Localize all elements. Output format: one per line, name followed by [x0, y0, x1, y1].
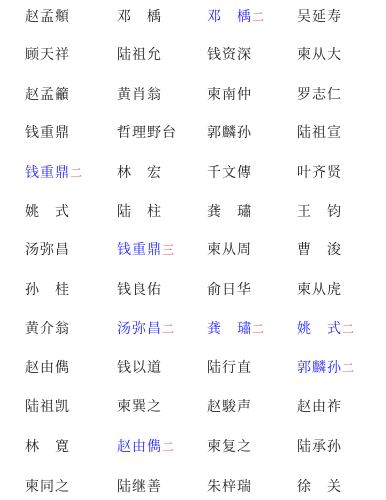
name-cell: 钱以道: [117, 356, 162, 380]
name-cell: 邓 楀: [117, 5, 162, 29]
name-cell: 赵孟頫: [25, 5, 70, 29]
name-cell: 钱资深: [207, 43, 252, 67]
name-cell: 钱良佑: [117, 278, 162, 302]
table-row: 赵孟頫 邓 楀 邓 楀二 吴延寿: [0, 5, 386, 29]
name-text: 曹 浚: [297, 242, 342, 258]
table-row: 钱重鼎 哲理野台 郭麟孙 陆祖宣: [0, 121, 386, 145]
name-cell: 柬从虎: [297, 278, 342, 302]
name-text: 龚 璛: [207, 321, 252, 337]
name-text: 陆继善: [117, 479, 162, 495]
name-cell-duplicate: 汤弥昌二: [117, 317, 174, 341]
name-cell: 王 钧: [297, 200, 342, 224]
name-cell: 罗志仁: [297, 83, 342, 107]
name-text: 赵由儁: [117, 439, 162, 455]
name-text: 邓 楀: [207, 9, 252, 25]
name-cell: 柬复之: [207, 435, 252, 459]
name-cell: 叶齐贤: [297, 161, 342, 185]
name-cell: 柬同之: [25, 475, 70, 499]
repeat-mark: 二: [252, 322, 264, 336]
name-cell: 陆祖凯: [25, 395, 70, 419]
name-cell: 钱重鼎: [25, 121, 70, 145]
name-text: 姚 式: [25, 204, 70, 220]
name-cell: 黄肖翁: [117, 83, 162, 107]
name-text: 陆祖凯: [25, 399, 70, 415]
name-text: 顾天祥: [25, 47, 70, 63]
name-text: 徐 关: [297, 479, 342, 495]
name-text: 柬复之: [207, 439, 252, 455]
name-text: 赵孟頫: [25, 9, 70, 25]
name-text: 钱资深: [207, 47, 252, 63]
name-text: 钱以道: [117, 360, 162, 376]
name-text: 柬从周: [207, 242, 252, 258]
repeat-mark: 二: [162, 322, 174, 336]
name-cell: 哲理野台: [117, 121, 177, 145]
name-cell: 林 宏: [117, 161, 162, 185]
name-text: 赵孟籲: [25, 87, 70, 103]
name-cell-duplicate: 龚 璛二: [207, 317, 264, 341]
table-row: 陆祖凯 柬巽之 赵駿声 赵由祚: [0, 395, 386, 419]
name-cell: 林 寛: [25, 435, 70, 459]
table-row: 汤弥昌 钱重鼎三 柬从周 曹 浚: [0, 238, 386, 262]
name-text: 姚 式: [297, 321, 342, 337]
name-text: 柬从大: [297, 47, 342, 63]
table-row: 赵孟籲 黄肖翁 柬南仲 罗志仁: [0, 83, 386, 107]
name-cell: 朱梓瑞: [207, 475, 252, 499]
name-cell: 龚 璛: [207, 200, 252, 224]
name-text: 钱重鼎: [117, 242, 162, 258]
repeat-mark: 二: [252, 10, 264, 24]
repeat-mark: 二: [162, 440, 174, 454]
name-cell: 赵由儁: [25, 356, 70, 380]
name-text: 柬巽之: [117, 399, 162, 415]
name-text: 赵駿声: [207, 399, 252, 415]
name-text: 钱良佑: [117, 282, 162, 298]
name-cell: 俞日华: [207, 278, 252, 302]
name-text: 汤弥昌: [25, 242, 70, 258]
name-cell-duplicate: 邓 楀二: [207, 5, 264, 29]
name-text: 哲理野台: [117, 125, 177, 141]
name-text: 黄介翁: [25, 321, 70, 337]
name-text: 林 宏: [117, 165, 162, 181]
table-row: 孙 桂 钱良佑 俞日华 柬从虎: [0, 278, 386, 302]
name-cell: 赵駿声: [207, 395, 252, 419]
name-cell: 汤弥昌: [25, 238, 70, 262]
repeat-mark: 二: [342, 322, 354, 336]
name-cell: 孙 桂: [25, 278, 70, 302]
name-text: 钱重鼎: [25, 165, 70, 181]
name-text: 汤弥昌: [117, 321, 162, 337]
name-text: 陆祖宣: [297, 125, 342, 141]
name-text: 邓 楀: [117, 9, 162, 25]
name-cell-duplicate: 钱重鼎二: [25, 161, 82, 185]
name-text: 千文傳: [207, 165, 252, 181]
name-cell: 陆行直: [207, 356, 252, 380]
name-text: 郭麟孙: [207, 125, 252, 141]
name-text: 陆 柱: [117, 204, 162, 220]
table-row: 姚 式 陆 柱 龚 璛 王 钧: [0, 200, 386, 224]
name-text: 林 寛: [25, 439, 70, 455]
name-text: 柬同之: [25, 479, 70, 495]
name-cell: 黄介翁: [25, 317, 70, 341]
name-text: 黄肖翁: [117, 87, 162, 103]
name-text: 柬从虎: [297, 282, 342, 298]
name-text: 朱梓瑞: [207, 479, 252, 495]
name-cell: 赵孟籲: [25, 83, 70, 107]
name-cell: 千文傳: [207, 161, 252, 185]
name-cell: 吴延寿: [297, 5, 342, 29]
name-cell: 柬从大: [297, 43, 342, 67]
table-row: 顾天祥 陆祖允 钱资深 柬从大: [0, 43, 386, 67]
name-text: 叶齐贤: [297, 165, 342, 181]
table-row: 林 寛 赵由儁二 柬复之 陆承孙: [0, 435, 386, 459]
table-row: 黄介翁 汤弥昌二 龚 璛二 姚 式二: [0, 317, 386, 341]
name-text: 钱重鼎: [25, 125, 70, 141]
name-cell-duplicate: 钱重鼎三: [117, 238, 174, 262]
name-text: 王 钧: [297, 204, 342, 220]
name-text: 陆行直: [207, 360, 252, 376]
name-text: 罗志仁: [297, 87, 342, 103]
name-cell-duplicate: 姚 式二: [297, 317, 354, 341]
repeat-mark: 二: [70, 166, 82, 180]
name-cell-duplicate: 郭麟孙二: [297, 356, 354, 380]
name-text: 陆承孙: [297, 439, 342, 455]
name-cell: 陆祖宣: [297, 121, 342, 145]
name-cell: 赵由祚: [297, 395, 342, 419]
table-row: 柬同之 陆继善 朱梓瑞 徐 关: [0, 475, 386, 499]
name-text: 孙 桂: [25, 282, 70, 298]
name-text: 柬南仲: [207, 87, 252, 103]
name-text: 赵由祚: [297, 399, 342, 415]
name-text: 郭麟孙: [297, 360, 342, 376]
name-cell-duplicate: 赵由儁二: [117, 435, 174, 459]
name-cell: 陆继善: [117, 475, 162, 499]
name-text: 龚 璛: [207, 204, 252, 220]
name-cell: 陆 柱: [117, 200, 162, 224]
name-text: 陆祖允: [117, 47, 162, 63]
repeat-mark: 三: [162, 243, 174, 257]
name-cell: 郭麟孙: [207, 121, 252, 145]
name-cell: 姚 式: [25, 200, 70, 224]
name-cell: 柬巽之: [117, 395, 162, 419]
name-cell: 陆祖允: [117, 43, 162, 67]
table-row: 赵由儁 钱以道 陆行直 郭麟孙二: [0, 356, 386, 380]
name-text: 吴延寿: [297, 9, 342, 25]
name-cell: 柬南仲: [207, 83, 252, 107]
name-cell: 徐 关: [297, 475, 342, 499]
name-cell: 柬从周: [207, 238, 252, 262]
name-text: 俞日华: [207, 282, 252, 298]
repeat-mark: 二: [342, 361, 354, 375]
name-cell: 曹 浚: [297, 238, 342, 262]
table-row: 钱重鼎二 林 宏 千文傳 叶齐贤: [0, 161, 386, 185]
name-text: 赵由儁: [25, 360, 70, 376]
name-table: 赵孟頫 邓 楀 邓 楀二 吴延寿 顾天祥 陆祖允 钱资深 柬从大 赵孟籲 黄肖翁…: [0, 0, 386, 500]
name-cell: 陆承孙: [297, 435, 342, 459]
name-cell: 顾天祥: [25, 43, 70, 67]
